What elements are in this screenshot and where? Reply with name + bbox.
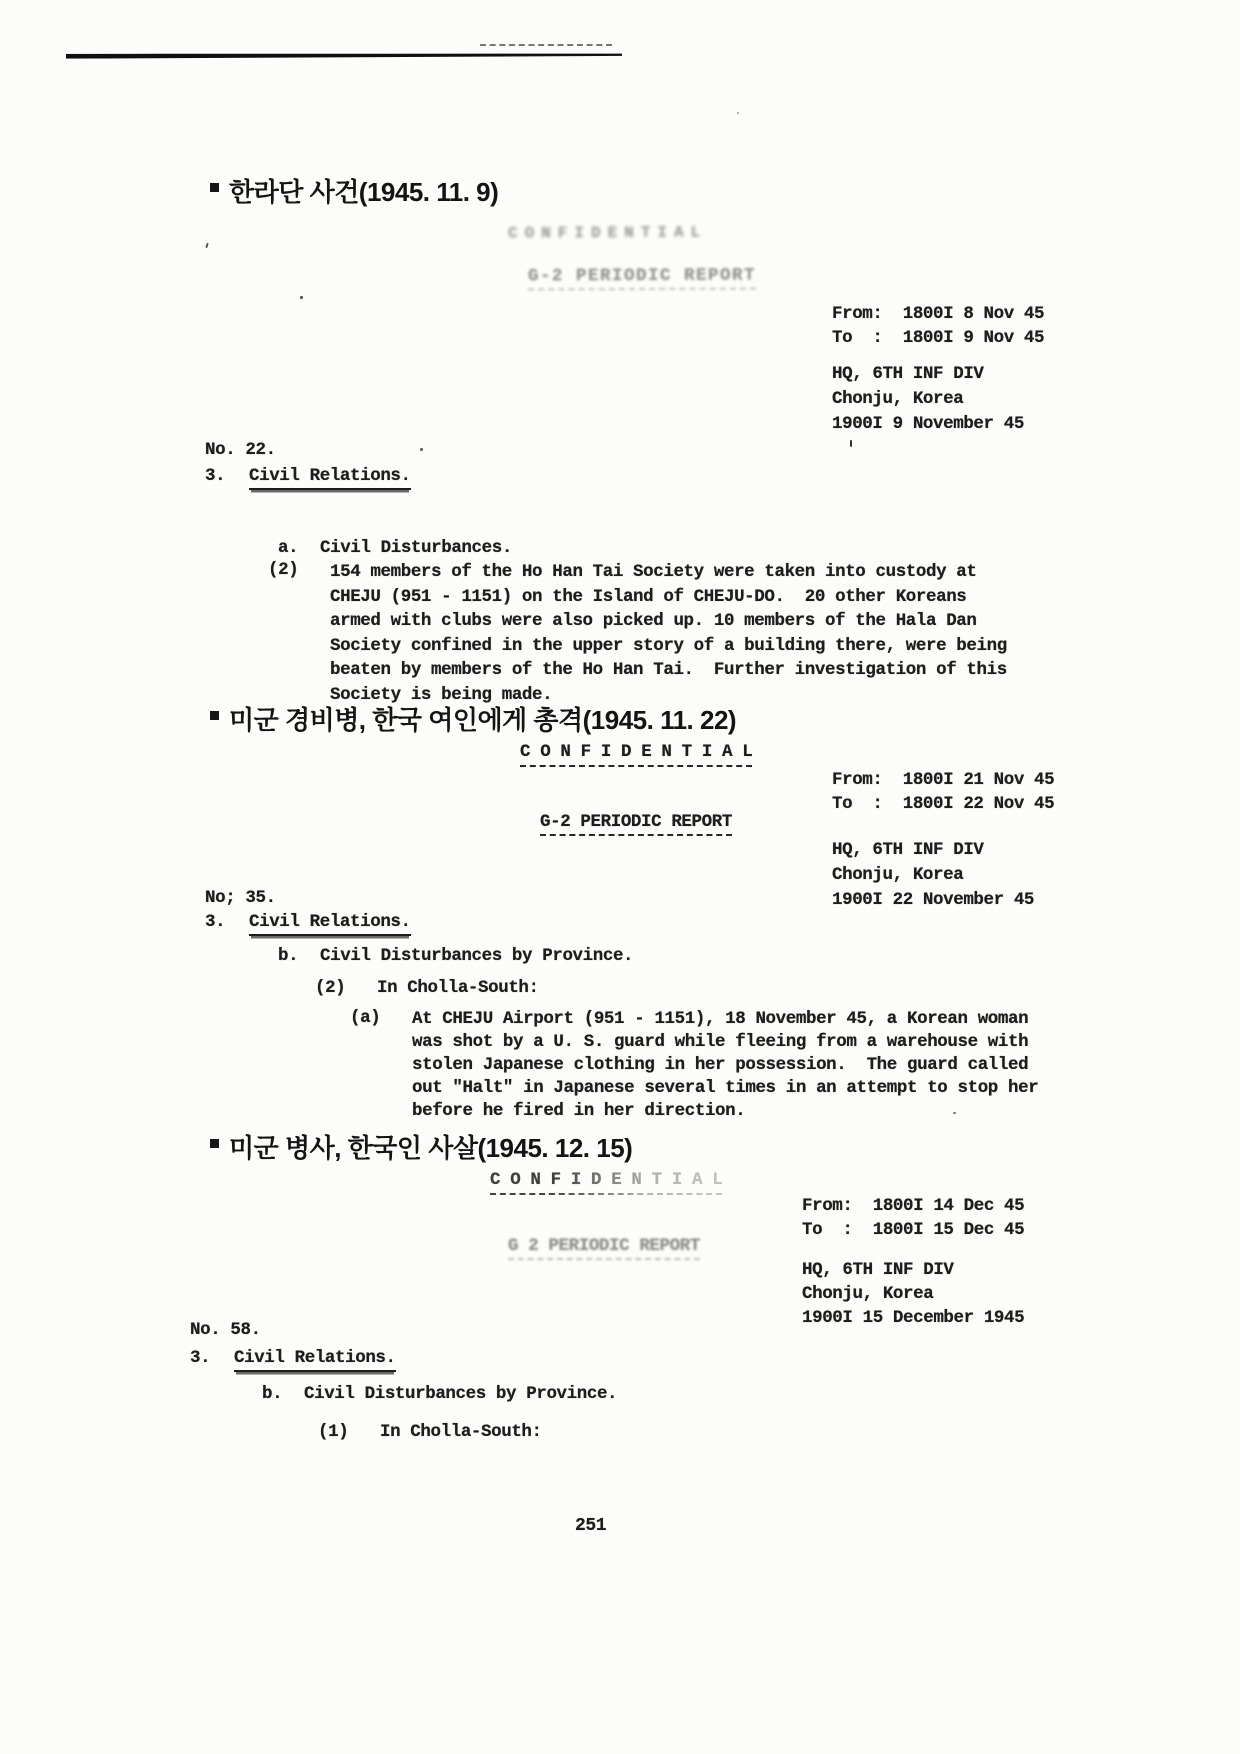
- scan-speck: [737, 112, 739, 114]
- report-title-stamp-faded: G-2 PERIODIC REPORT: [528, 266, 756, 291]
- subsection-title: Civil Disturbances.: [320, 538, 512, 558]
- report-title-stamp-faded: G 2 PERIODIC REPORT: [508, 1236, 700, 1260]
- confidential-stamp: C O N F I D E N T I A L: [520, 742, 752, 767]
- report-2-heading: 미군 경비병, 한국 여인에게 총격(1945. 11. 22): [210, 700, 736, 737]
- scanned-document-page: 한라단 사건(1945. 11. 9) CONFIDENTIAL G-2 PER…: [0, 0, 1240, 1754]
- from-to-block: From: 1800I 14 Dec 45 To : 1800I 15 Dec …: [802, 1194, 1024, 1242]
- section-heading: 3. Civil Relations.: [205, 466, 411, 490]
- paragraph-label: (2): [268, 560, 298, 580]
- square-bullet-icon: [210, 711, 219, 720]
- confidential-stamp-fading: C O N F I D E N T I A L: [490, 1170, 722, 1195]
- report-1-heading-text: 한라단 사건(1945. 11. 9): [229, 172, 498, 209]
- location-line: (2) In Cholla-South:: [315, 978, 539, 998]
- scan-dash-marks: [480, 44, 612, 46]
- report-number: No; 35.: [205, 888, 276, 908]
- subsection-label: b.: [262, 1384, 304, 1404]
- scan-speck: [850, 440, 852, 447]
- confidential-stamp-faded: CONFIDENTIAL: [508, 223, 707, 242]
- section-title: Civil Relations.: [249, 912, 411, 936]
- report-1-heading: 한라단 사건(1945. 11. 9): [210, 172, 498, 209]
- from-to-block: From: 1800I 21 Nov 45 To : 1800I 22 Nov …: [832, 768, 1054, 816]
- section-label: 3.: [190, 1348, 234, 1372]
- scan-speck: [300, 296, 303, 299]
- paragraph-label: (a): [350, 1008, 380, 1028]
- subsection-heading: b. Civil Disturbances by Province.: [262, 1384, 617, 1404]
- hq-address-block: HQ, 6TH INF DIV Chonju, Korea 1900I 9 No…: [832, 362, 1024, 437]
- subsection-title: Civil Disturbances by Province.: [304, 1384, 617, 1404]
- from-to-block: From: 1800I 8 Nov 45 To : 1800I 9 Nov 45: [832, 302, 1044, 350]
- location-line: (1) In Cholla-South:: [318, 1422, 542, 1442]
- hq-address-block: HQ, 6TH INF DIV Chonju, Korea 1900I 22 N…: [832, 838, 1034, 913]
- square-bullet-icon: [210, 1139, 219, 1148]
- subsection-heading: a. Civil Disturbances.: [278, 538, 512, 558]
- paragraph-text: 154 members of the Ho Han Tai Society we…: [330, 560, 1007, 707]
- paragraph-text: At CHEJU Airport (951 - 1151), 18 Novemb…: [412, 1008, 1038, 1123]
- location-label: (2): [315, 978, 377, 998]
- page-number: 251: [575, 1516, 606, 1536]
- section-heading: 3. Civil Relations.: [190, 1348, 396, 1372]
- report-number: No. 58.: [190, 1320, 261, 1340]
- square-bullet-icon: [210, 183, 219, 192]
- section-label: 3.: [205, 466, 249, 490]
- hq-address-block: HQ, 6TH INF DIV Chonju, Korea 1900I 15 D…: [802, 1258, 1024, 1330]
- section-title: Civil Relations.: [234, 1348, 396, 1372]
- report-3-heading: 미군 병사, 한국인 사살(1945. 12. 15): [210, 1128, 632, 1165]
- subsection-title: Civil Disturbances by Province.: [320, 946, 633, 966]
- subsection-label: b.: [278, 946, 320, 966]
- top-rule: [66, 52, 622, 58]
- subsection-label: a.: [278, 538, 320, 558]
- report-2-heading-text: 미군 경비병, 한국 여인에게 총격(1945. 11. 22): [229, 700, 736, 737]
- report-3-heading-text: 미군 병사, 한국인 사살(1945. 12. 15): [229, 1128, 632, 1165]
- location-text: In Cholla-South:: [377, 978, 539, 998]
- location-text: In Cholla-South:: [380, 1422, 542, 1442]
- report-title-stamp: G-2 PERIODIC REPORT: [540, 812, 732, 836]
- report-number: No. 22.: [205, 440, 276, 460]
- section-title: Civil Relations.: [249, 466, 411, 490]
- subsection-heading: b. Civil Disturbances by Province.: [278, 946, 633, 966]
- section-heading: 3. Civil Relations.: [205, 912, 411, 936]
- scan-speck: [420, 448, 423, 451]
- scan-speck: [205, 243, 208, 248]
- location-label: (1): [318, 1422, 380, 1442]
- section-label: 3.: [205, 912, 249, 936]
